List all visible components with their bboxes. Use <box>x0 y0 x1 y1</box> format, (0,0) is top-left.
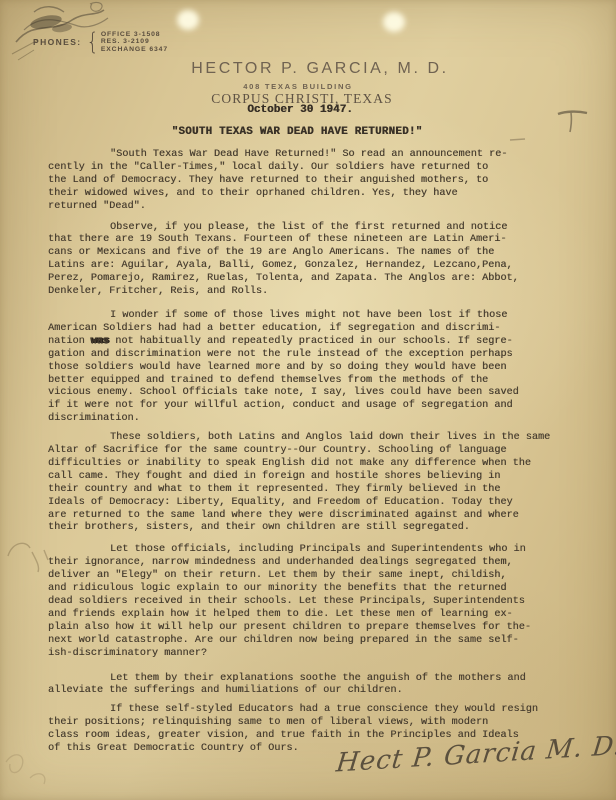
overstruck-word: was <box>91 336 109 347</box>
doctor-name: HECTOR P. GARCIA, M. D. <box>12 60 616 78</box>
paragraph-4: These soldiers, both Latins and Anglos l… <box>48 432 562 535</box>
paragraph-6: Let them by their explanations soothe th… <box>48 673 562 699</box>
paragraph-3-post: not habitually and repeatedly practiced … <box>48 336 519 424</box>
building-address: 408 TEXAS BUILDING <box>0 82 606 91</box>
phone-numbers: OFFICE 3-1508 RES. 3-2109 EXCHANGE 6347 <box>101 31 168 54</box>
letter-body: "South Texas War Dead Have Returned!" So… <box>48 149 562 764</box>
paragraph-5: Let those officials, including Principal… <box>48 544 562 660</box>
phones-label: PHONES: <box>33 37 82 47</box>
date-line: October 30 1947. <box>0 104 608 116</box>
paragraph-2: Observe, if you please, the list of the … <box>48 222 562 299</box>
headline: "SOUTH TEXAS WAR DEAD HAVE RETURNED!" <box>42 126 552 138</box>
letterhead-phones: PHONES: { OFFICE 3-1508 RES. 3-2109 EXCH… <box>33 30 168 54</box>
brace-glyph: { <box>86 30 98 54</box>
letter-page: PHONES: { OFFICE 3-1508 RES. 3-2109 EXCH… <box>0 0 616 800</box>
paragraph-1: "South Texas War Dead Have Returned!" So… <box>48 149 562 214</box>
punch-hole-left <box>177 10 199 30</box>
punch-hole-right <box>383 12 405 32</box>
paragraph-3: I wonder if some of those lives might no… <box>48 310 562 426</box>
margin-scribble-icon <box>2 538 52 588</box>
